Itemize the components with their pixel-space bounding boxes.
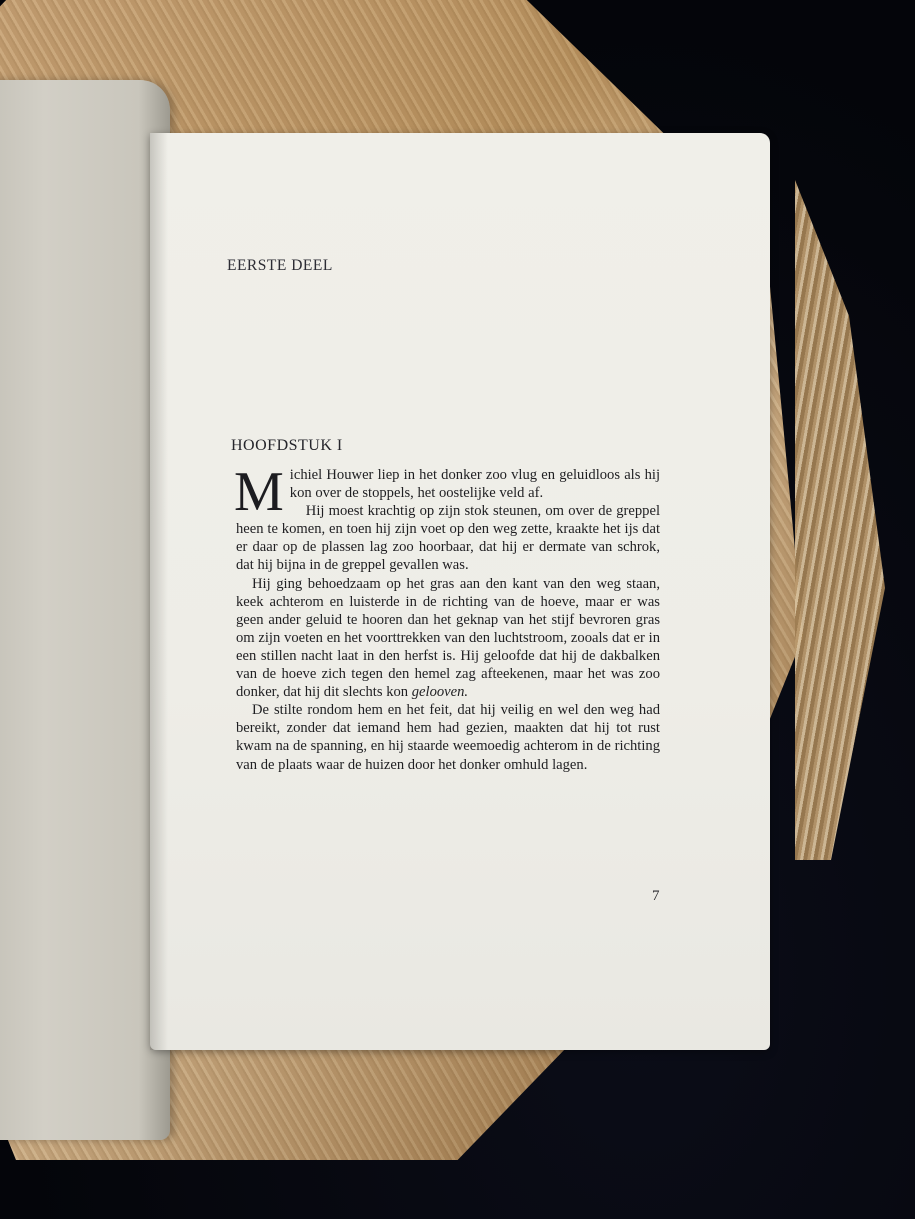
paragraph-2: Hij moest krachtig op zijn stok steunen,… (236, 502, 660, 574)
page-number: 7 (652, 888, 660, 905)
paragraph-3: Hij ging behoedzaam op het gras aan den … (236, 575, 660, 702)
paragraph-1: ichiel Houwer liep in het donker zoo vlu… (236, 466, 660, 502)
drop-cap: M (234, 470, 284, 514)
left-page-blank (0, 80, 170, 1140)
chapter-title: HOOFDSTUK I (231, 437, 343, 455)
body-text: M ichiel Houwer liep in het donker zoo v… (236, 466, 660, 774)
part-title: EERSTE DEEL (227, 257, 333, 275)
book-gutter-shadow (150, 133, 168, 1050)
italic-word: gelooven. (412, 684, 468, 700)
paragraph-4: De stilte rondom hem en het feit, dat hi… (236, 701, 660, 773)
paragraph-3-text: Hij ging behoedzaam op het gras aan den … (236, 576, 660, 701)
